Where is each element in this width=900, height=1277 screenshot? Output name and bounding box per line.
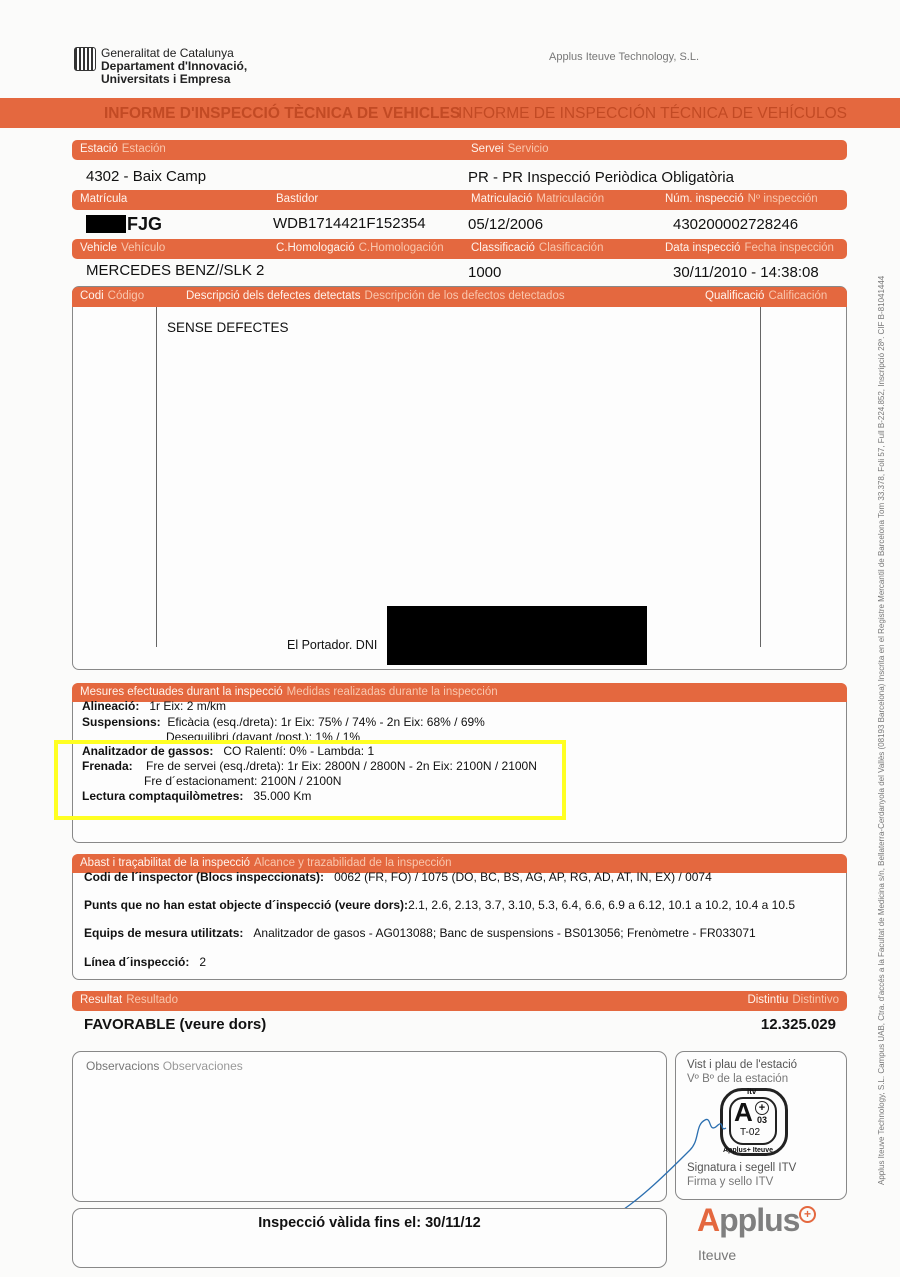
distintiu-value: 12.325.029 [761, 1016, 836, 1033]
label-classificacio: Classificació [471, 242, 535, 254]
applus-sub: Iteuve [698, 1247, 736, 1263]
company-name: Applus Iteuve Technology, S.L. [549, 51, 699, 63]
label-clasificacion: Clasificación [539, 242, 604, 254]
defects-text: SENSE DEFECTES [167, 320, 289, 335]
label-descripcio: Descripció dels defectes detectats [186, 290, 361, 302]
observations-panel: Observacions Observaciones [72, 1051, 667, 1202]
suspensions-row: Suspensions: Eficàcia (esq./dreta): 1r E… [82, 715, 485, 729]
label-distintiu: Distintiu [747, 994, 788, 1006]
estacio-servei-bar: EstacióEstación ServeiServicio [72, 140, 847, 160]
title-ca: INFORME D'INSPECCIÓ TÈCNICA DE VEHICLES [104, 105, 460, 123]
title-es: INFORME DE INSPECCIÓN TÉCNICA DE VEHÍCUL… [458, 105, 847, 123]
punts-value: 2.1, 2.6, 2.13, 3.7, 3.10, 5.3, 6.4, 6.6… [408, 898, 795, 912]
equips-value: Analitzador de gasos - AG013088; Banc de… [253, 926, 755, 940]
defects-code-column-divider [156, 307, 157, 647]
label-resultat: Resultat [80, 994, 122, 1006]
gov-line2: Departament d'Innovació, [101, 59, 247, 73]
label-observaciones: Observaciones [163, 1059, 243, 1073]
vist-ca: Vist i plau de l'estació [687, 1059, 797, 1071]
gassos-label: Analitzador de gassos: [82, 744, 213, 758]
applus-logo-a: A [697, 1202, 719, 1238]
label-data-inspeccio: Data inspecció [665, 242, 740, 254]
frenada-label: Frenada: [82, 759, 133, 773]
label-servei: Servei [471, 143, 504, 155]
label-estacion: Estación [122, 143, 166, 155]
estacio-value: 4302 - Baix Camp [86, 168, 206, 185]
linia-row: Línea d´inspecció: 2 [84, 955, 206, 969]
label-medidas: Medidas realizadas durante la inspección [287, 686, 498, 698]
desequilibri-row: Desequilibri (davant /post.): 1% / 1% [166, 730, 360, 740]
applus-plus-icon: + [799, 1206, 816, 1223]
equips-label: Equips de mesura utilitzats: [84, 926, 243, 940]
label-servicio: Servicio [508, 143, 549, 155]
plate-redaction [86, 215, 126, 233]
vehicle-value: MERCEDES BENZ//SLK 2 [86, 262, 264, 279]
classificacio-value: 1000 [468, 264, 501, 281]
frenada-row: Frenada: Fre de servei (esq./dreta): 1r … [82, 759, 537, 773]
label-matriculacion: Matriculación [536, 193, 604, 205]
vist-es: Vº Bº de la estación [687, 1073, 788, 1085]
num-inspeccio-value: 430200002728246 [673, 216, 798, 233]
label-matriculacio: Matriculació [471, 193, 532, 205]
label-abast: Abast i traçabilitat de la inspecció [80, 857, 250, 869]
alineacio-row: Alineació: 1r Eix: 2 m/km [82, 699, 226, 713]
validity-text: Inspecció vàlida fins el: 30/11/12 [73, 1215, 666, 1231]
label-resultado: Resultado [126, 994, 178, 1006]
linia-label: Línea d´inspecció: [84, 955, 189, 969]
label-num-inspeccio: Núm. inspecció [665, 193, 744, 205]
desequilibri-value: Desequilibri (davant /post.): 1% / 1% [166, 730, 360, 740]
stamp-code: T-02 [740, 1127, 760, 1138]
data-inspeccio-value: 30/11/2010 - 14:38:08 [673, 264, 819, 281]
punts-row: Punts que no han estat objecte d´inspecc… [84, 898, 795, 912]
punts-label: Punts que no han estat objecte d´inspecc… [84, 898, 408, 912]
stamp-plus-icon: + [755, 1101, 769, 1115]
generalitat-logo-icon [74, 47, 96, 71]
alineacio-label: Alineació: [82, 699, 139, 713]
label-homologacio: C.Homologació [276, 242, 355, 254]
matriculacio-value: 05/12/2006 [468, 216, 543, 233]
servei-value: PR - PR Inspecció Periòdica Obligatòria [468, 169, 734, 186]
label-homologacion: C.Homologación [359, 242, 444, 254]
defects-qual-column-divider [760, 307, 761, 647]
frenada-value: Fre de servei (esq./dreta): 1r Eix: 2800… [146, 759, 537, 773]
label-calificacion: Calificación [768, 290, 827, 302]
applus-logo-rest: pplus [719, 1202, 799, 1238]
label-bastidor: Bastidor [276, 193, 318, 205]
label-matricula: Matrícula [80, 193, 127, 205]
gassos-value: CO Ralentí: 0% - Lambda: 1 [223, 744, 374, 758]
defects-header-bar: CodiCódigo Descripció dels defectes dete… [72, 287, 847, 307]
km-value: 35.000 Km [253, 789, 311, 803]
result-bar: ResultatResultado DistintiuDistintivo [72, 991, 847, 1011]
stamp-ring-text: Applus+ Iteuve [723, 1147, 773, 1154]
label-num-inspeccion: Nº inspección [748, 193, 818, 205]
suspensions-label: Suspensions: [82, 715, 161, 729]
applus-logo: Applus [697, 1202, 799, 1239]
label-observacions: Observacions [86, 1059, 159, 1073]
label-estacio: Estació [80, 143, 118, 155]
label-fecha-inspeccion: Fecha inspección [744, 242, 834, 254]
label-vehicle: Vehicle [80, 242, 117, 254]
estacionament-value: Fre d´estacionament: 2100N / 2100N [144, 774, 341, 788]
itv-stamp-icon: itv A + 03 T-02 Applus+ Iteuve [720, 1088, 788, 1156]
label-distintivo: Distintivo [792, 994, 839, 1006]
vehicle-bar: VehicleVehículo C.HomologacióC.Homologac… [72, 239, 847, 259]
estacionament-row: Fre d´estacionament: 2100N / 2100N [144, 774, 341, 788]
matricula-bar: Matrícula Bastidor MatriculacióMatricula… [72, 190, 847, 210]
title-banner: INFORME D'INSPECCIÓ TÈCNICA DE VEHICLES … [0, 98, 900, 128]
label-alcance: Alcance y trazabilidad de la inspección [254, 857, 452, 869]
portador-label: El Portador. DNI [287, 638, 377, 652]
dni-redaction [387, 606, 647, 665]
gov-line3: Universitats i Empresa [101, 72, 230, 86]
equips-row: Equips de mesura utilitzats: Analitzador… [84, 926, 756, 940]
matricula-value: FJG [127, 214, 162, 235]
stamp-itv: itv [747, 1087, 756, 1096]
label-descripcion: Descripción de los defectos detectados [365, 290, 565, 302]
gassos-row: Analitzador de gassos: CO Ralentí: 0% - … [82, 744, 374, 758]
inspector-value: 0062 (FR, FO) / 1075 (DO, BC, BS, AG, AP… [334, 870, 712, 884]
alineacio-value: 1r Eix: 2 m/km [149, 699, 226, 713]
label-codigo: Código [108, 290, 144, 302]
result-value: FAVORABLE (veure dors) [84, 1016, 266, 1033]
label-mesures: Mesures efectuades durant la inspecció [80, 686, 283, 698]
stamp-num: 03 [757, 1115, 767, 1125]
km-row: Lectura comptaquilòmetres: 35.000 Km [82, 789, 311, 803]
inspector-row: Codi de l´inspector (Blocs inspeccionats… [84, 870, 712, 884]
suspensions-value: Eficàcia (esq./dreta): 1r Eix: 75% / 74%… [167, 715, 484, 729]
side-legal-text: Applus Iteuve Technology, S.L. Campus UA… [877, 276, 886, 1185]
validity-panel: Inspecció vàlida fins el: 30/11/12 [72, 1208, 667, 1268]
label-qualificacio: Qualificació [705, 290, 764, 302]
label-codi: Codi [80, 290, 104, 302]
stamp-letter: A [734, 1097, 753, 1128]
linia-value: 2 [199, 955, 206, 969]
gov-line1: Generalitat de Catalunya [101, 46, 234, 60]
km-label: Lectura comptaquilòmetres: [82, 789, 243, 803]
inspector-label: Codi de l´inspector (Blocs inspeccionats… [84, 870, 324, 884]
bastidor-value: WDB1714421F152354 [273, 215, 426, 232]
label-vehiculo: Vehículo [121, 242, 165, 254]
